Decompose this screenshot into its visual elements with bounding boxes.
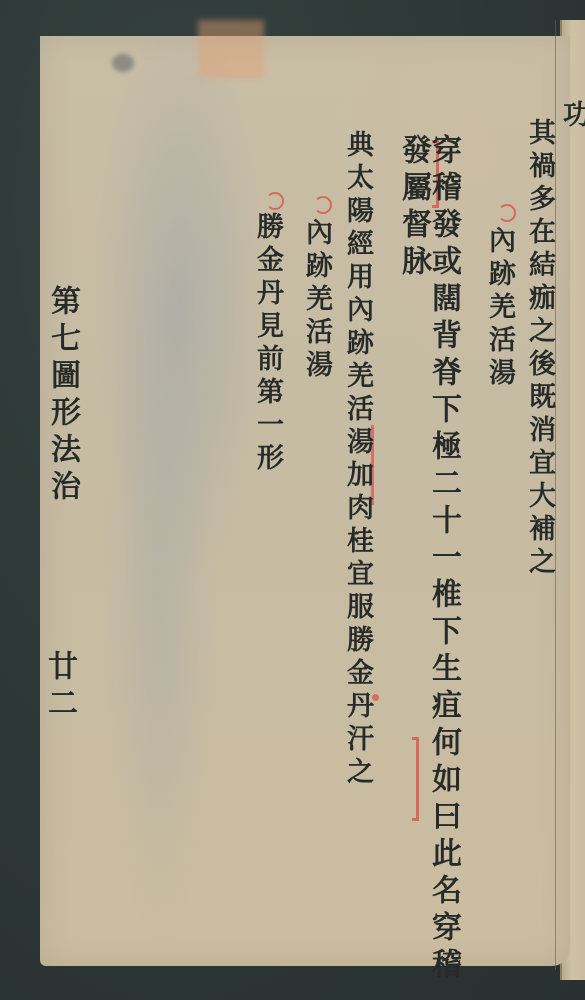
text-column-main-2: 典太陽經用內跡羌活湯加肉桂宜服勝金丹汗之 xyxy=(344,130,371,790)
seal-stain xyxy=(198,20,264,78)
text-column-main-3: 內跡羌活湯 xyxy=(303,218,330,383)
text-column-main-1: 穿稽發或闊背脊下極二十一椎下生疽何如曰此名穿稽發屬督脉 xyxy=(398,134,458,1000)
circle-mark-icon xyxy=(498,204,516,222)
text-column-right-2: 其禍多在結痂之後既消宜大補之 xyxy=(526,118,553,580)
section-title: 第七圖形法治 xyxy=(47,285,77,507)
circle-mark-icon xyxy=(314,196,332,214)
ink-spot xyxy=(112,54,134,72)
page-number: 廿二 xyxy=(44,650,74,724)
red-dot-mark xyxy=(372,694,379,701)
page-fold-line xyxy=(555,20,556,970)
circle-mark-icon xyxy=(266,192,284,210)
text-column-right-edge: 血心竅穿痔中年之人尤患患此症內跡羌活湯加肉桂若元補養之功 xyxy=(560,100,585,1000)
text-column-right-3: 內跡羌活湯 xyxy=(486,226,513,391)
manuscript-page xyxy=(40,36,570,966)
text-column-main-4: 勝金丹見前第一形 xyxy=(254,212,281,476)
